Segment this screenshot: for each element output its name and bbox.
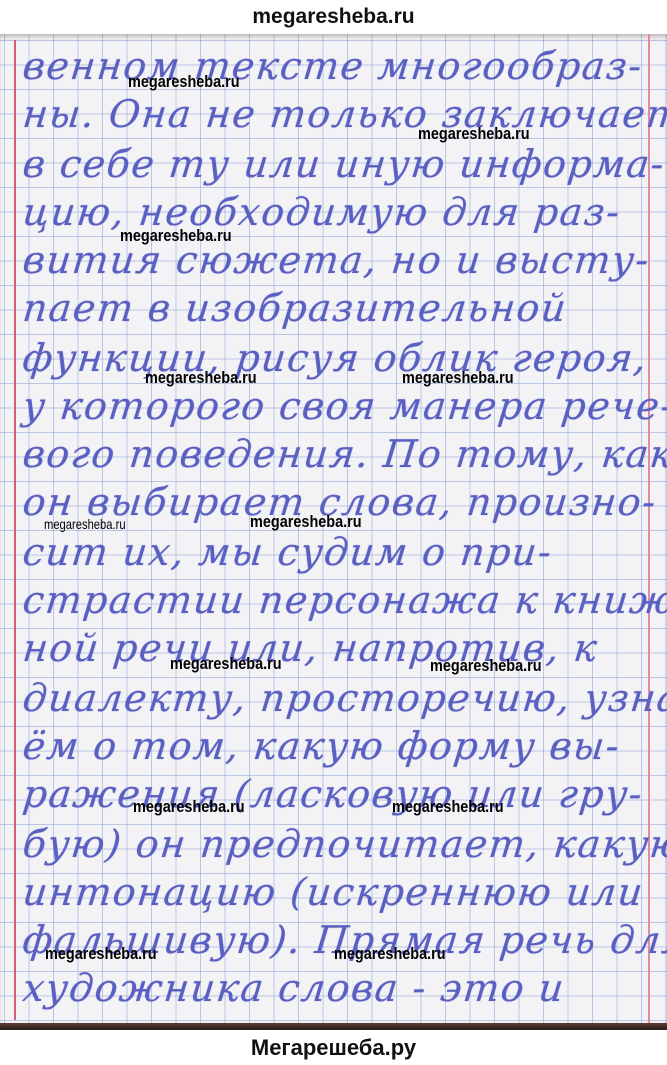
watermark: megaresheba.ru <box>250 512 362 532</box>
site-footer-title: Мегарешеба.ру <box>0 1030 667 1065</box>
left-margin-line <box>14 40 16 1020</box>
watermark: megaresheba.ru <box>133 797 245 817</box>
watermark: megaresheba.ru <box>392 797 504 817</box>
notebook-bottom-edge <box>0 1023 667 1030</box>
watermark: megaresheba.ru <box>402 368 514 388</box>
handwritten-line: ражения (ласковую или гру- <box>20 766 651 822</box>
watermark: megaresheba.ru <box>45 944 157 964</box>
handwritten-line: ной речи или, напротив, к <box>20 620 651 676</box>
watermark: megaresheba.ru <box>170 654 282 674</box>
handwritten-line: пает в изобразительной <box>20 280 651 336</box>
watermark: megaresheba.ru <box>145 368 257 388</box>
watermark: megaresheba.ru <box>128 72 240 92</box>
handwritten-line: художника слова - это и <box>20 960 651 1016</box>
watermark: megaresheba.ru <box>334 944 446 964</box>
site-header-title: megaresheba.ru <box>0 0 667 34</box>
watermark: megaresheba.ru <box>418 124 530 144</box>
watermark: megaresheba.ru <box>120 226 232 246</box>
handwritten-line: ны. Она не только заключает <box>20 86 651 142</box>
watermark: megaresheba.ru <box>44 514 126 534</box>
watermark: megaresheba.ru <box>430 656 542 676</box>
